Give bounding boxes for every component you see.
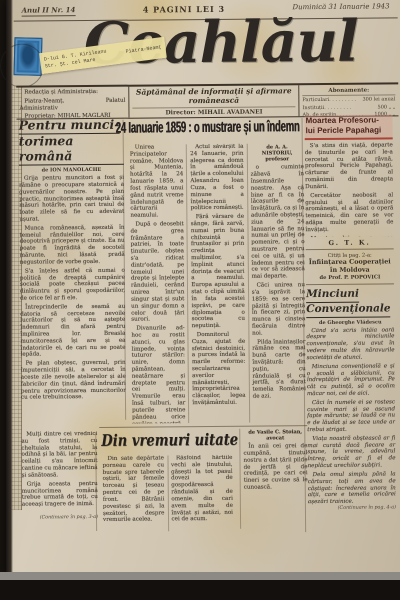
article-muncitorime-body-bottom: Mulți dintre cei vrednici au fost trimiș… bbox=[21, 431, 98, 516]
section-rule bbox=[306, 248, 394, 250]
page-content: Anul II Nr. 14 4 PAGINI LEI 3 Duminică 3… bbox=[5, 0, 400, 576]
feuilleton-body: Când s'a scris întâia oară despre minciu… bbox=[306, 327, 396, 506]
paragraph: Domnitorul Cuza, ajutat de sfetnici dest… bbox=[192, 332, 246, 407]
subscription-value: 500 „ „ bbox=[378, 104, 396, 112]
paragraph: În anii cei grei de cumpănă, ținutul nos… bbox=[243, 443, 307, 491]
scanner-background bbox=[0, 580, 400, 600]
article-24-ianuarie: 24 Ianuarie 1859 : o mustrare și un înde… bbox=[127, 116, 310, 424]
article-muncitorime-continuation: Mulți dintre cei vrednici au fost trimiș… bbox=[21, 431, 98, 532]
paragraph: Pe plan obștesc, guvernul, prin împutern… bbox=[21, 360, 126, 402]
paragraph: Dela omul simplu până la cărturar, toți … bbox=[308, 471, 396, 506]
paragraph: Căci unirea nu s'a isprăvit la 1859: ea … bbox=[252, 282, 306, 337]
paragraph: Viața noastră obștească ar fi mai curată… bbox=[307, 435, 395, 470]
paragraph: Actul săvârșit la 24 Ianuarie, prin aleg… bbox=[190, 144, 244, 213]
paragraph: După o deosebit de grea frământare a pat… bbox=[130, 221, 184, 324]
paragraph: Redacția și Administrația: bbox=[19, 89, 125, 97]
article-24-ianuarie-byline: de A. A. NISTORIU, profesor bbox=[250, 144, 303, 163]
article-din-vremuri-rightcol: de Vasile C. Stoian, avocat În anii cei … bbox=[239, 428, 308, 529]
bottom-col-2: Răsfoind hârtiile vechi ale ținutului, g… bbox=[167, 455, 236, 532]
tagline-line2: românească bbox=[132, 96, 295, 106]
title-line2: torimea română bbox=[19, 134, 124, 166]
paragraph: Grija pentru muncitori a fost și rămâne … bbox=[19, 175, 124, 224]
paragraph: Pilda înaintașilor rămâne cea mai bună c… bbox=[252, 339, 306, 401]
paragraph: Mulți dintre cei vrednici au fost trimiș… bbox=[21, 431, 97, 479]
page2-notice: Citiți la pag. 2-a: Înființarea Cooperaț… bbox=[306, 252, 394, 281]
feuilleton-byline: de Gheorghe Vlădescu bbox=[306, 319, 394, 326]
notice-title2: în Moldova bbox=[306, 266, 394, 274]
article-din-vremuri-rightcol-body: În anii cei grei de cumpănă, ținutul nos… bbox=[243, 443, 307, 491]
article-24-ianuarie-headline: 24 Ianuarie 1859 : o mustrare și un înde… bbox=[116, 118, 310, 138]
article-muncitorime-title: Pentru munci- torimea română bbox=[19, 118, 124, 166]
obituary-title: Moartea Profesoru- lui Pericle Papahagi bbox=[305, 114, 393, 140]
obituary-body: S'a stins din viață, departe de ținuturi… bbox=[305, 142, 394, 237]
obituary-title-line1: Moartea Profesoru- bbox=[306, 115, 379, 125]
admin-box: Redacția și Administrația:Piatra-Neamț, … bbox=[16, 87, 128, 119]
title-line1: Pentru munci- bbox=[19, 118, 120, 135]
subscriptions-box: Abonamente: Particulari300 lei anual Ins… bbox=[298, 84, 398, 116]
paragraph: Căci în numele ei se rostesc cuvinte mar… bbox=[307, 399, 395, 434]
article-din-vremuri-columns: Din sate depărtate porneau carele cu buc… bbox=[99, 455, 236, 532]
main-col-1: Unirea Principatelor române, Moldova și … bbox=[127, 144, 189, 424]
paragraph: Când s'a scris întâia oară despre minciu… bbox=[306, 327, 394, 362]
article-din-vremuri-byline: de Vasile C. Stoian, avocat bbox=[243, 429, 307, 442]
newspaper-sheet: Anul II Nr. 14 4 PAGINI LEI 3 Duminică 3… bbox=[6, 0, 400, 574]
paper-left-edge-shadow bbox=[6, 0, 13, 574]
feuilleton-title: Minciuni Convenționale bbox=[306, 288, 394, 318]
paragraph: Din sate depărtate porneau carele cu buc… bbox=[102, 455, 164, 524]
main-col-2: Actul săvârșit la 24 Ianuarie, prin aleg… bbox=[186, 144, 249, 424]
article-din-vremuri-title: Din vremuri uitate bbox=[101, 430, 208, 450]
paragraph: Răsfoind hârtiile vechi ale ținutului, g… bbox=[171, 455, 233, 524]
article-24-ianuarie-columns: Unirea Principatelor române, Moldova și … bbox=[127, 143, 309, 424]
paragraph: Divanurile ad-hoc au rostit atunci, cu g… bbox=[131, 325, 185, 423]
article-muncitorime-byline: de ION MANOLACHE bbox=[19, 167, 124, 174]
paragraph: Piatra-Neamț, Palatul Administrativ bbox=[19, 98, 125, 113]
paragraph: Cercetător neobosit al graiului și al da… bbox=[305, 192, 393, 234]
article-muncitorime-body: Grija pentru muncitori a fost și rămâne … bbox=[19, 175, 126, 427]
paragraph: Unirea Principatelor române, Moldova și … bbox=[130, 144, 184, 219]
tagline-box: Săptămânal de informații și afirmare rom… bbox=[128, 85, 298, 117]
right-column: Moartea Profesoru- lui Pericle Papahagi … bbox=[305, 114, 397, 537]
feuilleton-title-line1: Minciuni bbox=[306, 288, 359, 303]
paragraph: Munca românească, așezată în temeiul rân… bbox=[19, 225, 124, 267]
address-city: Piatra-Neamț bbox=[125, 44, 162, 55]
paragraph: o cuminte zăbavă în însemnările noastre.… bbox=[251, 164, 305, 280]
main-col-3: de A. A. NISTORIU, profesor o cuminte ză… bbox=[246, 143, 309, 423]
paragraph: Întreprinderile de seamă au datoria să c… bbox=[20, 303, 125, 358]
paragraph: Grija aceasta pentru muncitorimea română… bbox=[22, 481, 98, 509]
obituary-title-line2: lui Pericle Papahagi bbox=[306, 125, 382, 135]
subscriptions-header: Abonamente: bbox=[302, 86, 395, 96]
obituary-signature: G. T. K. bbox=[306, 238, 394, 247]
main-col-3-body: o cuminte zăbavă în însemnările noastre.… bbox=[251, 164, 306, 400]
paragraph: S'a stins din viață, departe de ținuturi… bbox=[305, 142, 393, 190]
article-muncitorime: Pentru munci- torimea română de ION MANO… bbox=[19, 118, 127, 427]
continuation-note: (Continuare în pag. 4-a) bbox=[308, 505, 396, 511]
address-recipient: D-lui G. T. Kirileanu Str. Șt. cel Mare bbox=[44, 48, 108, 69]
article-din-vremuri: Din vremuri uitate de Vasile C. Stoian, … bbox=[99, 425, 308, 534]
paragraph: Moartea lui e o grea pierdere pentru ști… bbox=[306, 235, 394, 237]
bottom-col-1: Din sate depărtate porneau carele cu buc… bbox=[99, 455, 167, 532]
section-rule bbox=[306, 284, 394, 286]
feuilleton-title-line2: Convenționale bbox=[306, 302, 390, 317]
continuation-note: (Continuare în pag. 3-a) bbox=[22, 515, 98, 521]
notice-author: de Prof. P. POPOVICI bbox=[306, 275, 394, 282]
paragraph: S'a înțeles astfel că numai o politică d… bbox=[20, 267, 125, 302]
paragraph: Minciuna convențională e și o școală a s… bbox=[307, 363, 395, 398]
paragraph: Fără vărsare de sânge, fără zarvă, numai… bbox=[191, 214, 245, 330]
director-line: Director: MIHAIL AVADANEI bbox=[132, 106, 295, 116]
